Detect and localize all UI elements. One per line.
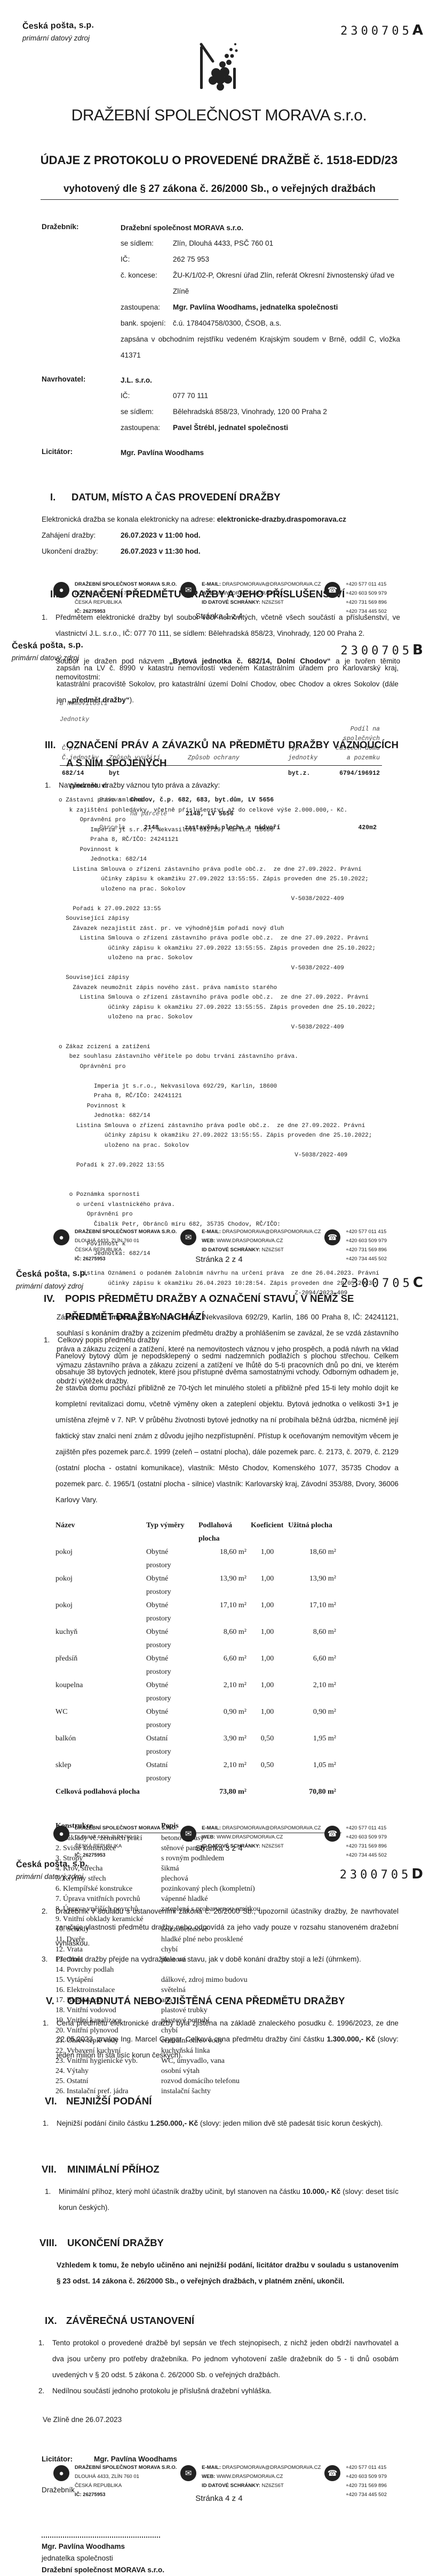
section-1: I.DATUM, MÍSTO A ČAS PROVEDENÍ DRAŽBY El… [42, 488, 400, 560]
section-8: VIII.UKONČENÍ DRAŽBY Vzhledem k tomu, že… [42, 2234, 399, 2289]
page-2: Česká pošta, s.p.primární datový zdroj 2… [0, 626, 438, 1263]
page-number: Stránka 4 z 4 [0, 2494, 438, 2503]
table-row: balkónOstatní prostory3,90 m²0,501,95 m² [53, 1732, 338, 1759]
page-number: Stránka 3 z 4 [0, 1844, 438, 1853]
footer-email-link[interactable]: DRASPOMORAVA@DRASPOMORAVA.CZ [222, 1825, 321, 1831]
page-4: Česká pošta, s.p.primární datový zdroj 2… [0, 1854, 438, 2506]
footer-email-link[interactable]: DRASPOMORAVA@DRASPOMORAVA.CZ [222, 2465, 321, 2470]
footer-web-link[interactable]: WWW.DRASPOMORAVA.CZ [217, 1834, 283, 1840]
table-row: pokojObytné prostory18,60 m²1,0018,60 m² [53, 1545, 338, 1572]
table-row: koupelnaObytné prostory2,10 m²1,002,10 m… [53, 1679, 338, 1705]
table-row: pokojObytné prostory17,10 m²1,0017,10 m² [53, 1599, 338, 1625]
area-table: Název Typ výměry Podlahová plocha Koefic… [53, 1519, 338, 1799]
footer-web-link[interactable]: WWW.DRASPOMORAVA.CZ [217, 2474, 283, 2480]
section-3: III.OZNAČENÍ PRÁV A ZÁVAZKŮ NA PŘEDMĚTU … [45, 736, 399, 793]
phone-icon: ☎ [324, 1826, 340, 1842]
envelope-icon: ✉ [180, 2465, 196, 2481]
document-number: 2300705B [340, 642, 423, 658]
cadastre-continuation: zapsán na LV č. 8990 v katastru nemovito… [57, 660, 399, 708]
footer-email-link[interactable]: DRASPOMORAVA@DRASPOMORAVA.CZ [222, 581, 321, 587]
encumbrances-list: o Zástavní právo smluvní k zajištění poh… [59, 796, 399, 1299]
footer-web-link[interactable]: WWW.DRASPOMORAVA.CZ [217, 1238, 283, 1244]
page-number: Stránka 1 z 4 [0, 612, 438, 621]
envelope-icon: ✉ [180, 1826, 196, 1842]
postal-stamp: Česká pošta, s.p.primární datový zdroj [16, 1269, 87, 1290]
table-row: sklepOstatní prostory2,10 m²0,501,05 m² [53, 1759, 338, 1785]
party-drazebnik: Dražebník: Dražební společnost MORAVA s.… [42, 223, 400, 363]
document-number: 2300705C [341, 1275, 423, 1291]
page-1: Česká pošta, s.p. primární datový zdroj … [0, 0, 438, 626]
map-pin-icon: ● [53, 1229, 69, 1245]
postal-stamp: Česká pošta, s.p.primární datový zdroj [16, 1860, 87, 1881]
postal-stamp: Česká pošta, s.p.primární datový zdroj [12, 641, 83, 662]
table-row: předsíňObytné prostory6,60 m²1,006,60 m² [53, 1652, 338, 1679]
company-logo-icon [199, 40, 242, 93]
auction-url[interactable]: elektronicke-drazby.draspomorava.cz [217, 515, 346, 523]
table-row: WCObytné prostory0,90 m²1,000,90 m² [53, 1705, 338, 1732]
phone-icon: ☎ [324, 2465, 340, 2481]
map-pin-icon: ● [53, 1826, 69, 1842]
page-footer: ●DRAŽEBNÍ SPOLEČNOST MORAVA S.R.O.DLOUHÁ… [53, 580, 387, 616]
section-7: VII.MINIMÁLNÍ PŘÍHOZ 1.Minimální příhoz,… [42, 2160, 399, 2216]
envelope-icon: ✉ [180, 1229, 196, 1245]
page-3: Česká pošta, s.p.primární datový zdroj 2… [0, 1263, 438, 1854]
company-title: DRAŽEBNÍ SPOLEČNOST MORAVA s.r.o. [0, 107, 438, 125]
section-5: V.ODHADNUTÁ NEBO ZJIŠTĚNÁ CENA PŘEDMĚTU … [42, 1992, 399, 2063]
phone-icon: ☎ [324, 582, 340, 598]
section-4-item-3: 3.Předmět dražby přejde na vydražitele v… [42, 1951, 399, 1967]
table-row: pokojObytné prostory13,90 m²1,0013,90 m² [53, 1572, 338, 1599]
postal-stamp: Česká pošta, s.p. primární datový zdroj [22, 21, 94, 42]
section-6: VI.NEJNIŽŠÍ PODÁNÍ 1.Nejnižší podání čin… [42, 2092, 399, 2132]
party-licitator: Licitátor: Mgr. Pavlína Woodhams [42, 448, 400, 460]
signature-line [42, 2537, 160, 2538]
protocol-subtitle: vyhotovený dle § 27 zákona č. 26/2000 Sb… [41, 183, 399, 200]
document-number: 2300705D [340, 1866, 423, 1882]
protocol-title: ÚDAJE Z PROTOKOLU O PROVEDENÉ DRAŽBĚ č. … [0, 153, 438, 167]
envelope-icon: ✉ [180, 582, 196, 598]
table-row: Celková podlahová plocha73,80 m²70,80 m² [53, 1785, 338, 1799]
footer-web-link[interactable]: WWW.DRASPOMORAVA.CZ [217, 590, 283, 596]
party-navrhovatel: Navrhovatel: J.L. s.r.o. IČ:077 70 111 s… [42, 375, 400, 436]
footer-email-link[interactable]: DRASPOMORAVA@DRASPOMORAVA.CZ [222, 1229, 321, 1235]
document-number: 2300705A [340, 22, 423, 38]
map-pin-icon: ● [53, 2465, 69, 2481]
section-9: IX.ZÁVĚREČNÁ USTANOVENÍ 1.Tento protokol… [42, 2312, 399, 2576]
section-4-item-2: 2.Dražebník v souladu s ustanoveními zák… [42, 1903, 399, 1951]
phone-icon: ☎ [324, 1229, 340, 1245]
map-pin-icon: ● [53, 582, 69, 598]
table-row: kuchyňObytné prostory8,60 m²1,008,60 m² [53, 1625, 338, 1652]
